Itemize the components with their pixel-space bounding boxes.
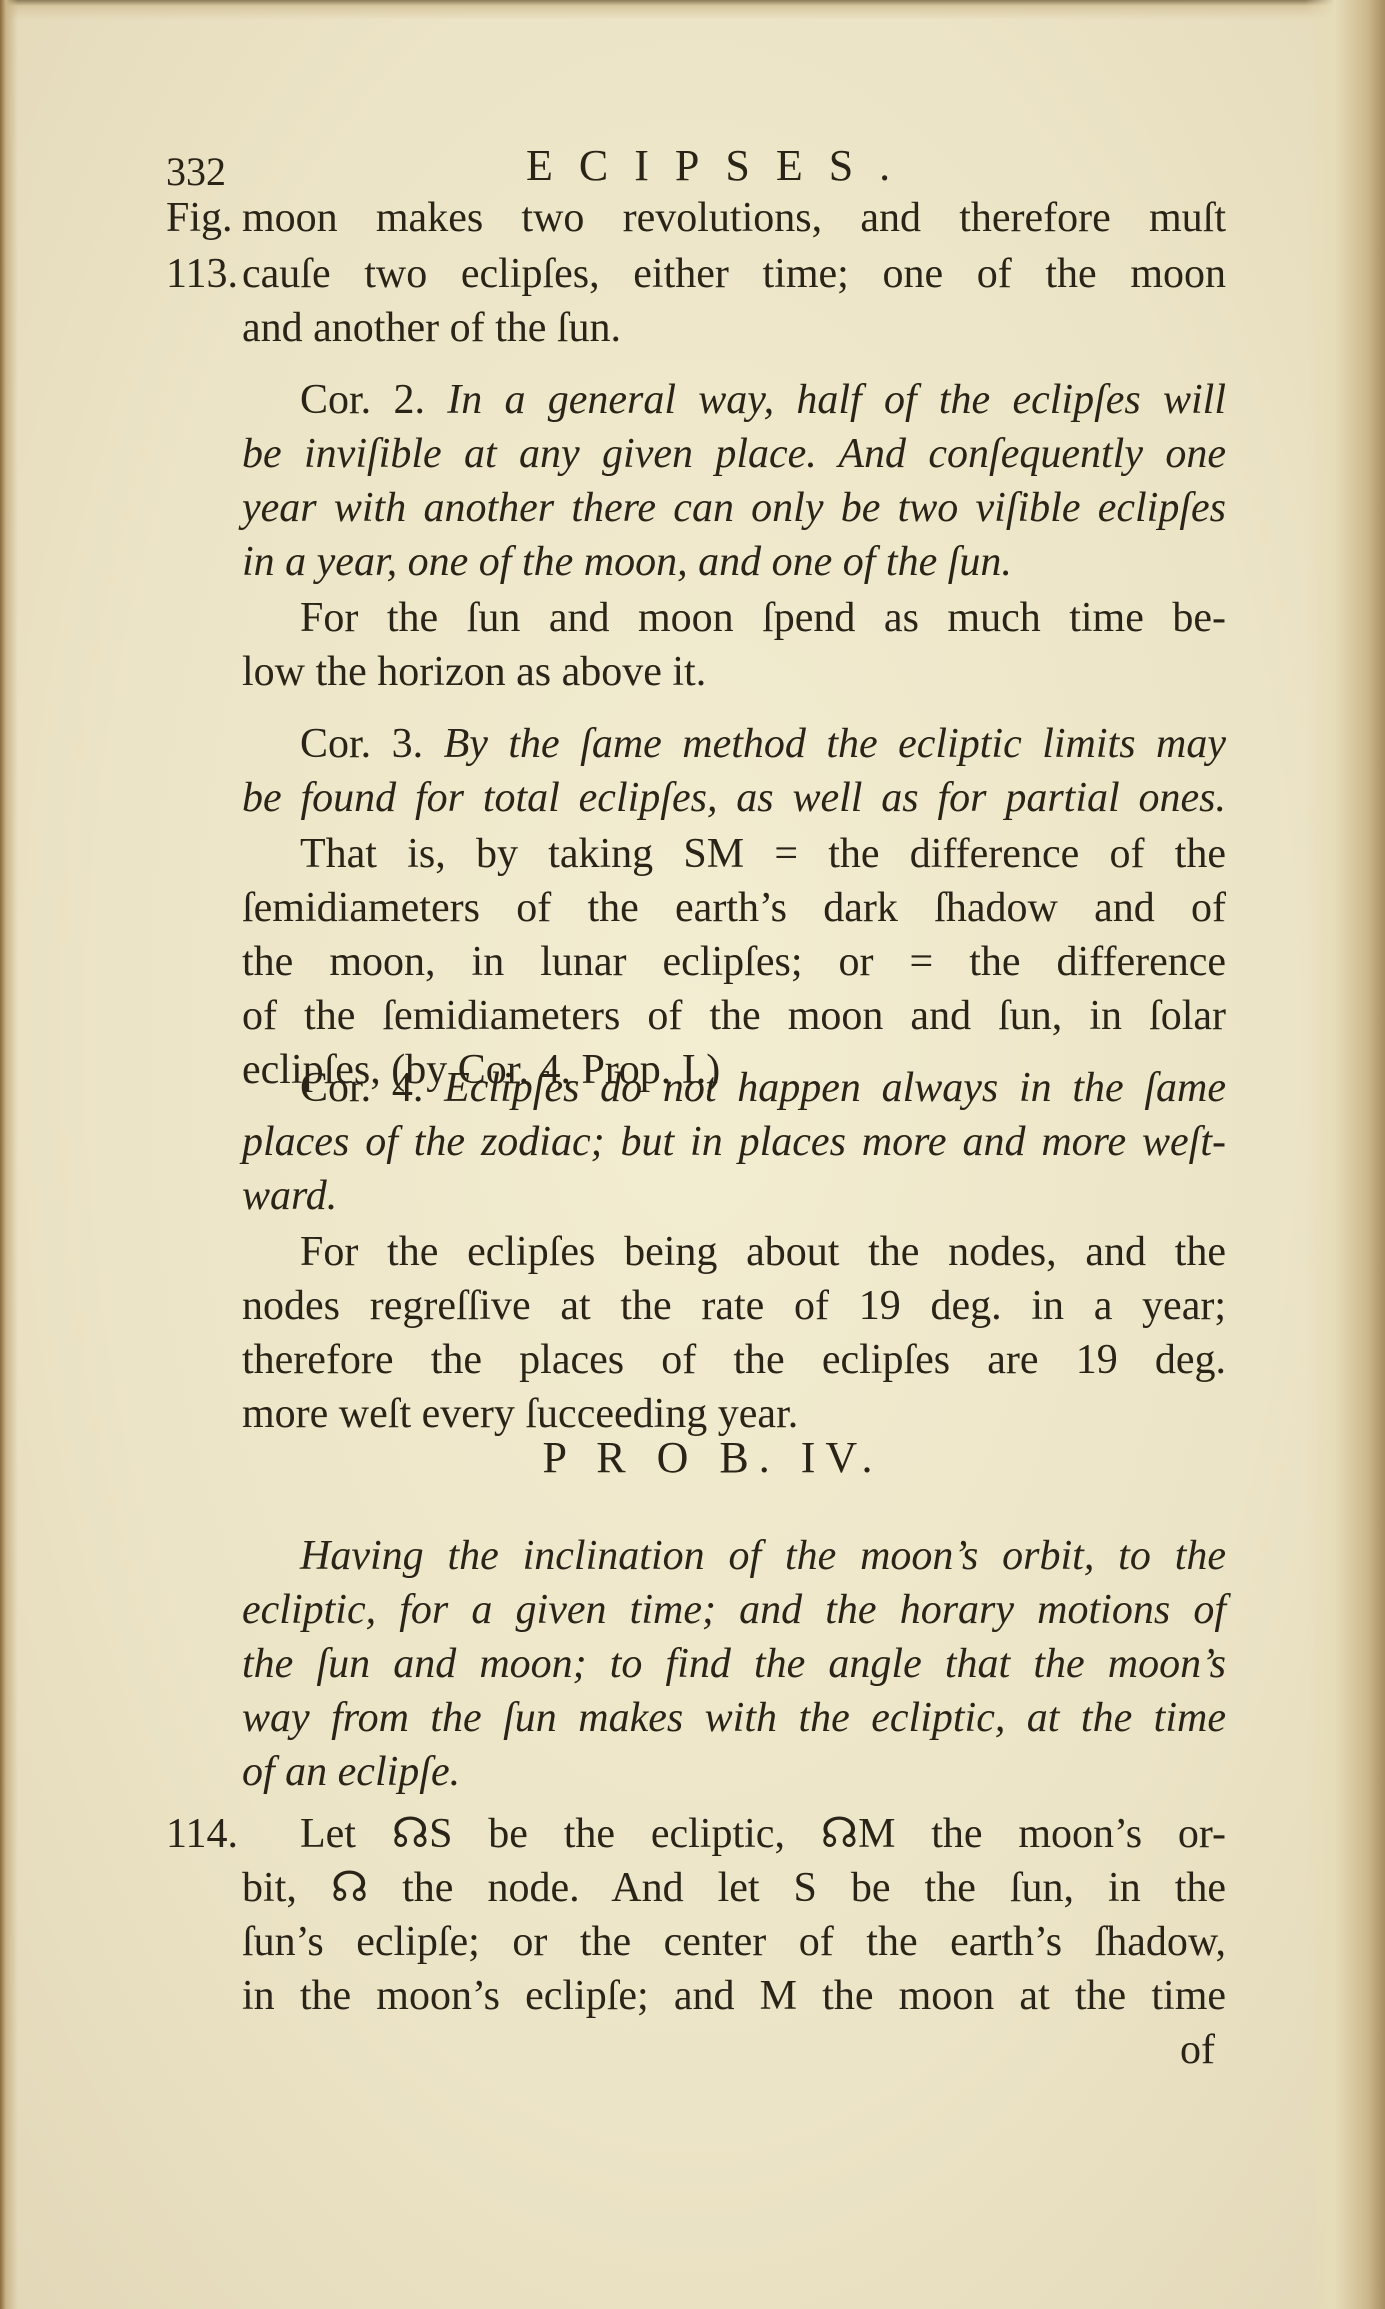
text-line: the ſun and moon; to find the angle that… [242, 1638, 1226, 1690]
text-line: therefore the places of the eclipſes are… [242, 1334, 1226, 1386]
corollary-statement: By the ſame method the ecliptic limits m… [444, 721, 1226, 767]
margin-section-number: 114. [166, 1808, 238, 1860]
text-line: ſun’s eclipſe; or the center of the eart… [242, 1916, 1226, 1968]
corollary-3-first-line: Cor. 3. By the ſame method the ecliptic … [300, 718, 1226, 770]
text-line: places of the zodiac; but in places more… [242, 1116, 1226, 1168]
text-line: nodes regreſſive at the rate of 19 deg. … [242, 1280, 1226, 1332]
text-line: That is, by taking SM = the difference o… [300, 828, 1226, 880]
scanned-book-page: 332 ECIPSES. Fig. 113. moon makes two re… [0, 0, 1385, 2309]
corollary-label: Cor. 3. [300, 721, 423, 767]
problem-heading: P R O B. IV. [0, 1432, 1385, 1483]
text-line: ward. [242, 1170, 1226, 1222]
text-line: way from the ſun makes with the ecliptic… [242, 1692, 1226, 1744]
text-line: For the eclipſes being about the nodes, … [300, 1226, 1226, 1278]
margin-fig-label: Fig. [166, 192, 233, 244]
text-line: Having the inclination of the moon’s orb… [300, 1530, 1226, 1582]
text-line: ſemidiameters of the earth’s dark ſhadow… [242, 882, 1226, 934]
text-line: of the ſemidiameters of the moon and ſun… [242, 990, 1226, 1042]
text-line: and another of the ſun. [242, 302, 1226, 354]
text-line: of an eclipſe. [242, 1746, 1226, 1798]
margin-fig-number: 113. [166, 248, 238, 300]
corollary-label: Cor. 4. [300, 1065, 423, 1111]
corollary-4-first-line: Cor. 4. Eclipſes do not happen always in… [300, 1062, 1226, 1114]
text-line: cauſe two eclipſes, either time; one of … [242, 248, 1226, 300]
text-line: bit, ☊ the node. And let S be the ſun, i… [242, 1862, 1226, 1914]
catchword: of [1180, 2024, 1215, 2076]
text-line: moon makes two revolutions, and therefor… [242, 192, 1226, 244]
corollary-statement: Eclipſes do not happen always in the ſam… [444, 1065, 1226, 1111]
text-line: ecliptic, for a given time; and the hora… [242, 1584, 1226, 1636]
text-line: low the horizon as above it. [242, 646, 1226, 698]
corollary-2-first-line: Cor. 2. In a general way, half of the ec… [300, 374, 1226, 426]
corollary-statement: In a general way, half of the eclipſes w… [447, 377, 1226, 423]
text-line: For the ſun and moon ſpend as much time … [300, 592, 1226, 644]
text-line: year with another there can only be two … [242, 482, 1226, 534]
corollary-label: Cor. 2. [300, 377, 425, 423]
text-line: in a year, one of the moon, and one of t… [242, 536, 1226, 588]
text-line: Let ☊S be the ecliptic, ☊M the moon’s or… [300, 1808, 1226, 1860]
text-line: be found for total eclipſes, as well as … [242, 772, 1226, 824]
text-line: the moon, in lunar eclipſes; or = the di… [242, 936, 1226, 988]
text-line: in the moon’s eclipſe; and M the moon at… [242, 1970, 1226, 2022]
page-number: 332 [166, 148, 226, 195]
running-title: ECIPSES. [526, 140, 916, 191]
text-line: be inviſible at any given place. And con… [242, 428, 1226, 480]
